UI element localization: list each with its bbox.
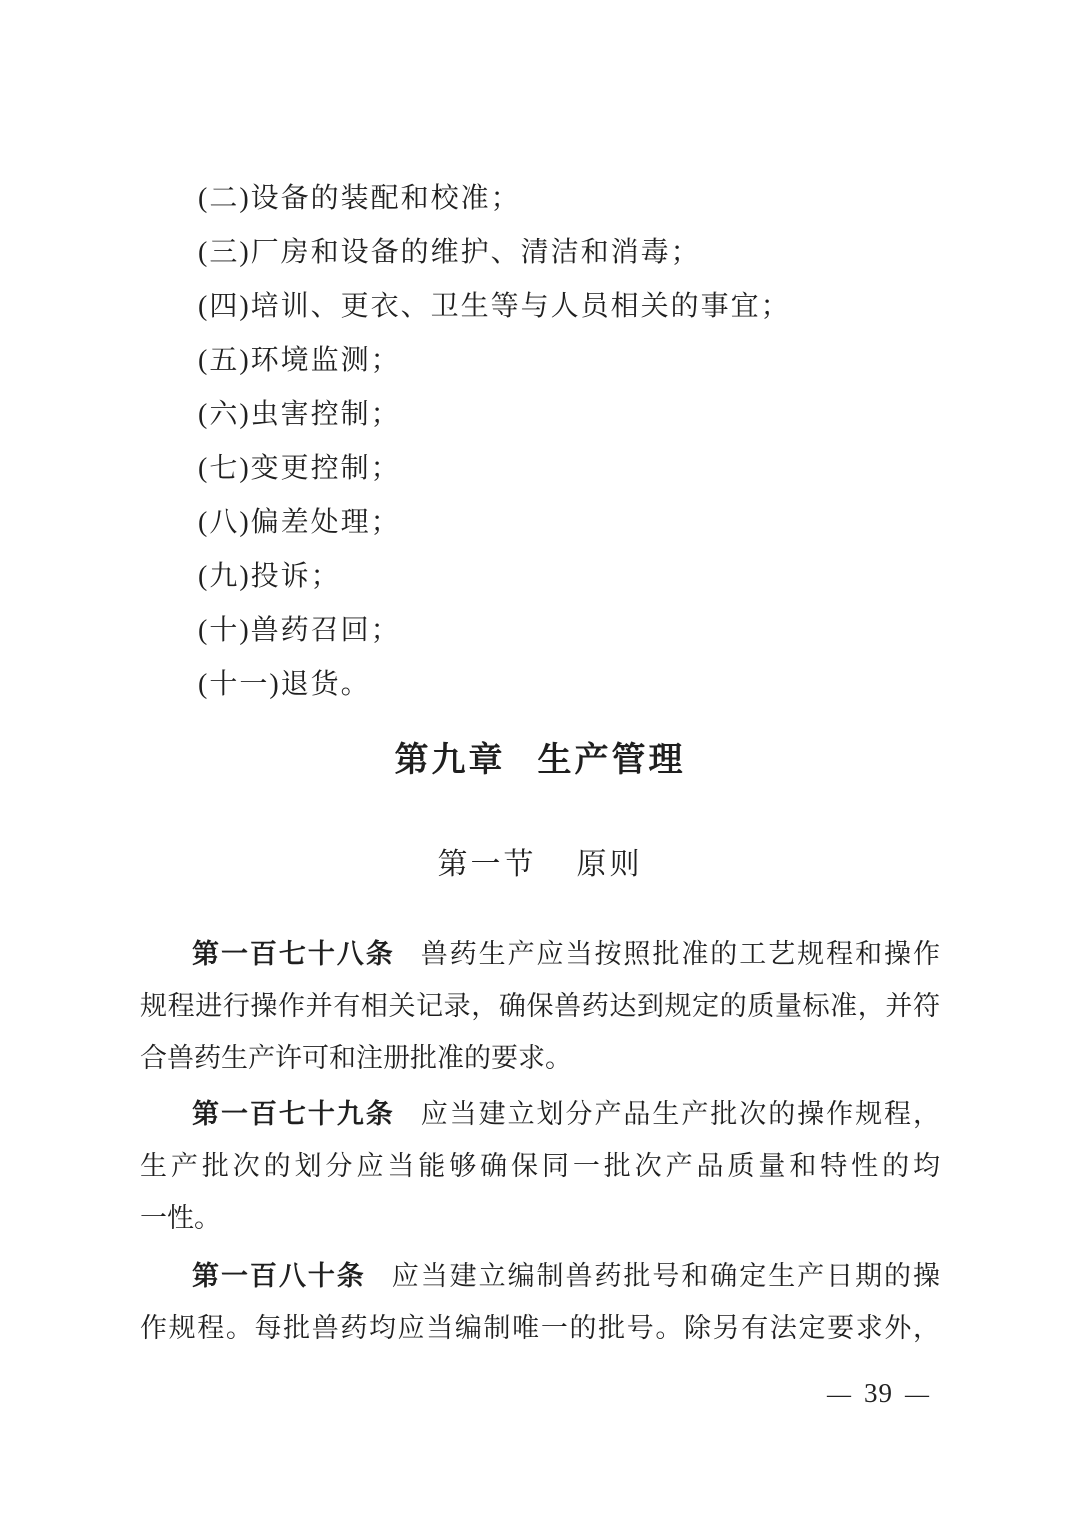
- article-number: 第一百八十条: [192, 1261, 366, 1291]
- section-number: 第一节: [438, 848, 537, 881]
- footer-dash-left: —: [827, 1382, 852, 1408]
- list-item: (七)变更控制；: [140, 442, 940, 496]
- list-item: (九)投诉；: [140, 550, 940, 604]
- numbered-list: (二)设备的装配和校准； (三)厂房和设备的维护、清洁和消毒； (四)培训、更衣…: [140, 172, 940, 712]
- article-number: 第一百七十八条: [192, 939, 395, 969]
- article-line: 作规程。每批兽药均应当编制唯一的批号。除另有法定要求外，: [140, 1302, 940, 1354]
- article-line: 合兽药生产许可和注册批准的要求。: [140, 1032, 940, 1084]
- article-line: 生产批次的划分应当能够确保同一批次产品质量和特性的均: [140, 1140, 940, 1192]
- list-item: (八)偏差处理；: [140, 496, 940, 550]
- list-item: (四)培训、更衣、卫生等与人员相关的事宜；: [140, 280, 940, 334]
- article-180: 第一百八十条应当建立编制兽药批号和确定生产日期的操 作规程。每批兽药均应当编制唯…: [140, 1250, 940, 1354]
- chapter-number: 第九章: [395, 742, 506, 779]
- page-number: 39: [864, 1378, 893, 1408]
- list-item: (六)虫害控制；: [140, 388, 940, 442]
- page-footer: —39—: [827, 1378, 930, 1409]
- article-text: 应当建立编制兽药批号和确定生产日期的操: [392, 1261, 940, 1291]
- article-number: 第一百七十九条: [192, 1099, 395, 1129]
- section-title: 原则: [577, 848, 643, 881]
- article-179: 第一百七十九条应当建立划分产品生产批次的操作规程， 生产批次的划分应当能够确保同…: [140, 1088, 940, 1244]
- document-page: (二)设备的装配和校准； (三)厂房和设备的维护、清洁和消毒； (四)培训、更衣…: [0, 0, 1080, 1527]
- article-text: 应当建立划分产品生产批次的操作规程，: [421, 1099, 940, 1129]
- article-text: 兽药生产应当按照批准的工艺规程和操作: [421, 939, 940, 969]
- list-item: (五)环境监测；: [140, 334, 940, 388]
- article-line: 第一百八十条应当建立编制兽药批号和确定生产日期的操: [140, 1250, 940, 1302]
- list-item: (十)兽药召回；: [140, 604, 940, 658]
- chapter-title: 生产管理: [538, 742, 686, 779]
- article-line: 第一百七十八条兽药生产应当按照批准的工艺规程和操作: [140, 928, 940, 980]
- footer-dash-right: —: [905, 1382, 930, 1408]
- list-item: (二)设备的装配和校准；: [140, 172, 940, 226]
- chapter-heading: 第九章生产管理: [140, 741, 940, 782]
- article-178: 第一百七十八条兽药生产应当按照批准的工艺规程和操作 规程进行操作并有相关记录，确…: [140, 928, 940, 1084]
- section-heading: 第一节原则: [140, 847, 940, 883]
- article-line: 规程进行操作并有相关记录，确保兽药达到规定的质量标准，并符: [140, 980, 940, 1032]
- article-line: 一性。: [140, 1192, 940, 1244]
- article-line: 第一百七十九条应当建立划分产品生产批次的操作规程，: [140, 1088, 940, 1140]
- list-item: (三)厂房和设备的维护、清洁和消毒；: [140, 226, 940, 280]
- list-item: (十一)退货。: [140, 658, 940, 712]
